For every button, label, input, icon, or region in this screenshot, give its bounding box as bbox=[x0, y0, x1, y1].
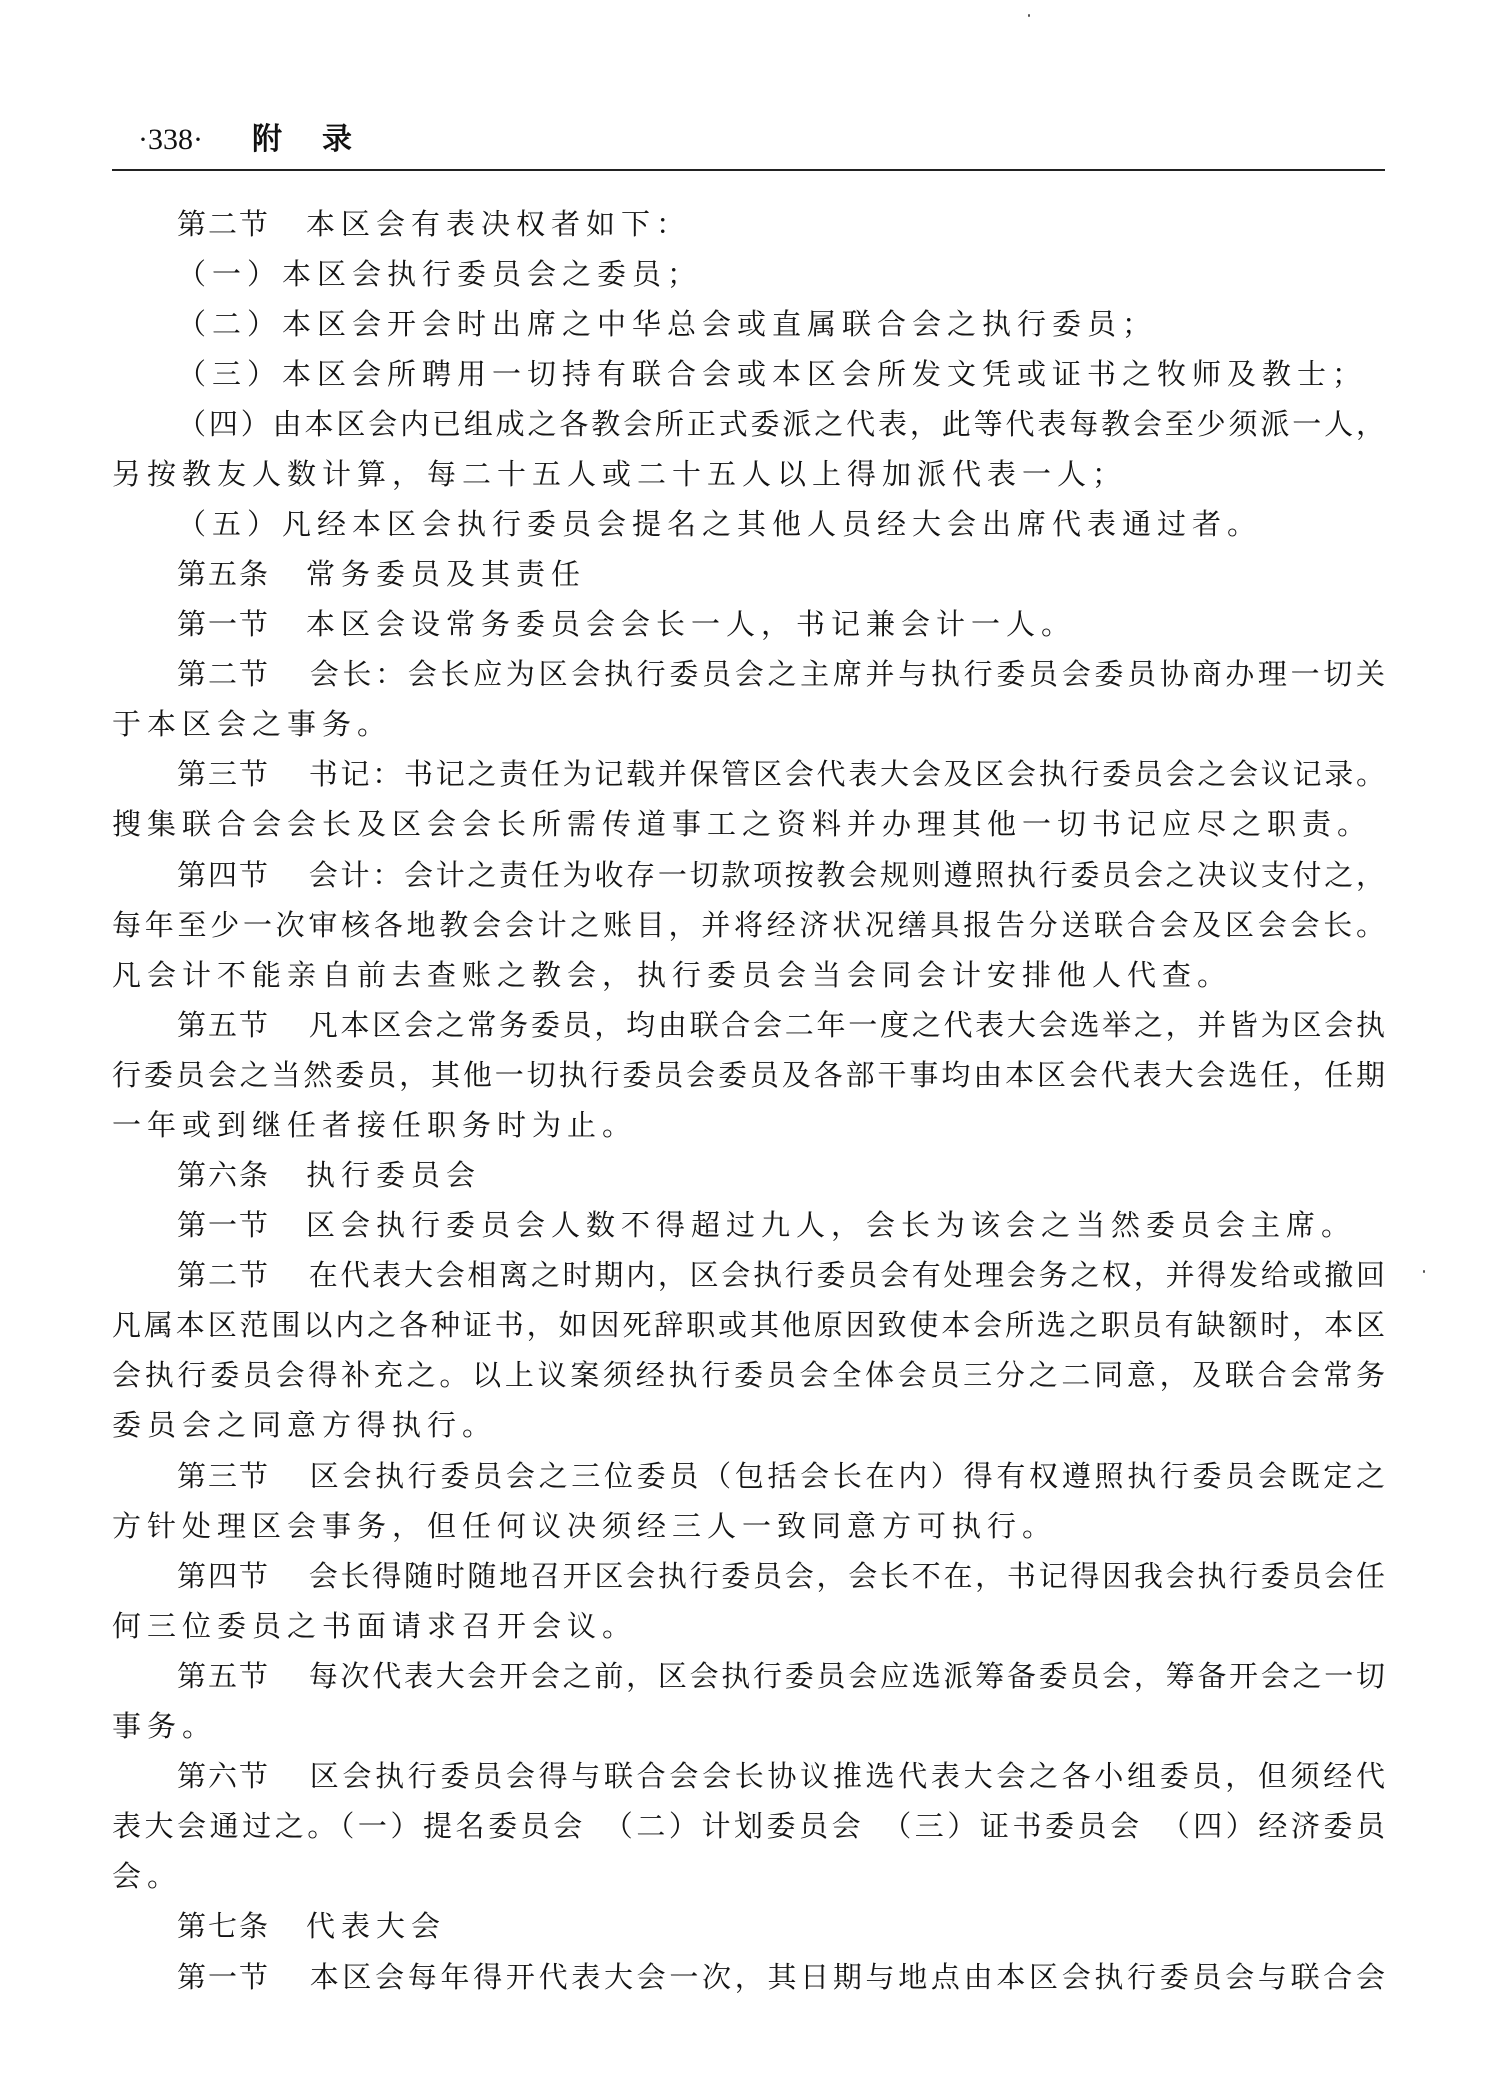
paragraph-line: 行委员会之当然委员，其他一切执行委员会委员及各部干事均由本区会代表大会选任，任期 bbox=[112, 1055, 1385, 1095]
line-text: 一年或到继任者接任职务时为止。 bbox=[112, 1108, 637, 1142]
paragraph-line: 方针处理区会事务，但任何议决须经三人一致同意方可执行。 bbox=[112, 1506, 1385, 1546]
line-text: （五）凡经本区会执行委员会提名之其他人员经大会出席代表通过者。 bbox=[177, 507, 1262, 541]
paragraph-line: 表大会通过之。（一）提名委员会 （二）计划委员会 （三）证书委员会 （四）经济委… bbox=[112, 1806, 1385, 1846]
article-heading: 第五条常务委员及其责任 bbox=[177, 554, 1385, 594]
line-text: 本区会有表决权者如下： bbox=[306, 207, 691, 241]
line-text: 区会执行委员会之三位委员（包括会长在内）得有权遵照执行委员会既定之 bbox=[306, 1459, 1385, 1493]
paragraph-line: 第一节区会执行委员会人数不得超过九人，会长为该会之当然委员会主席。 bbox=[177, 1205, 1385, 1245]
running-header: ·338· 附录 bbox=[112, 118, 1385, 162]
line-text: 每次代表大会开会之前，区会执行委员会应选派筹备委员会，筹备开会之一切 bbox=[306, 1659, 1385, 1693]
article-heading: 第六条执行委员会 bbox=[177, 1155, 1385, 1195]
section-label: 第一节 bbox=[177, 1957, 270, 1997]
article-title: 执行委员会 bbox=[306, 1158, 481, 1192]
article-title: 代表大会 bbox=[306, 1909, 446, 1943]
paragraph-line: 事务。 bbox=[112, 1706, 1385, 1746]
line-text: 行委员会之当然委员，其他一切执行委员会委员及各部干事均由本区会代表大会选任，任期 bbox=[112, 1058, 1385, 1092]
paragraph-line: 第二节会长：会长应为区会执行委员会之主席并与执行委员会委员协商办理一切关 bbox=[177, 654, 1385, 694]
line-text: 本区会每年得开代表大会一次，其日期与地点由本区会执行委员会与联合会 bbox=[306, 1960, 1385, 1994]
line-text: （二）本区会开会时出席之中华总会或直属联合会之执行委员； bbox=[177, 307, 1157, 341]
line-text: 每年至少一次审核各地教会会计之账目，并将经济状况缮具报告分送联合会及区会会长。 bbox=[112, 908, 1385, 942]
line-text: 搜集联合会会长及区会会长所需传道事工之资料并办理其他一切书记应尽之职责。 bbox=[112, 807, 1372, 841]
section-title: 附录 bbox=[252, 118, 392, 162]
line-text: 会执行委员会得补充之。以上议案须经执行委员会全体会员三分之二同意，及联合会常务 bbox=[112, 1358, 1385, 1392]
page-number: ·338· bbox=[138, 118, 203, 162]
section-label: 第三节 bbox=[177, 1456, 270, 1496]
line-text: 会长得随时随地召开区会执行委员会，会长不在，书记得因我会执行委员会任 bbox=[306, 1559, 1385, 1593]
line-text: 事务。 bbox=[112, 1709, 217, 1743]
line-text: 方针处理区会事务，但任何议决须经三人一致同意方可执行。 bbox=[112, 1509, 1057, 1543]
article-label: 第七条 bbox=[177, 1906, 270, 1946]
paragraph-line: 第二节在代表大会相离之时期内，区会执行委员会有处理会务之权，并得发给或撤回 bbox=[177, 1255, 1385, 1295]
line-text: 区会执行委员会得与联合会会长协议推选代表大会之各小组委员，但须经代 bbox=[306, 1759, 1385, 1793]
paragraph-line: （五）凡经本区会执行委员会提名之其他人员经大会出席代表通过者。 bbox=[177, 504, 1385, 544]
line-text: 凡本区会之常务委员，均由联合会二年一度之代表大会选举之，并皆为区会执 bbox=[306, 1008, 1385, 1042]
paragraph-line: （二）本区会开会时出席之中华总会或直属联合会之执行委员； bbox=[177, 304, 1385, 344]
line-text: 书记：书记之责任为记载并保管区会代表大会及区会执行委员会之会议记录。 bbox=[306, 757, 1385, 791]
paragraph-line: 第五节凡本区会之常务委员，均由联合会二年一度之代表大会选举之，并皆为区会执 bbox=[177, 1005, 1385, 1045]
paragraph-line: 第一节本区会设常务委员会会长一人，书记兼会计一人。 bbox=[177, 604, 1385, 644]
scan-speck bbox=[1028, 14, 1030, 17]
section-label: 第六节 bbox=[177, 1756, 270, 1796]
section-label: 第二节 bbox=[177, 654, 270, 694]
paragraph-line: （四）由本区会内已组成之各教会所正式委派之代表，此等代表每教会至少须派一人， bbox=[177, 404, 1385, 444]
paragraph-line: 一年或到继任者接任职务时为止。 bbox=[112, 1105, 1385, 1145]
paragraph-line: 第四节会计：会计之责任为收存一切款项按教会规则遵照执行委员会之决议支付之， bbox=[177, 855, 1385, 895]
paragraph-line: 于本区会之事务。 bbox=[112, 704, 1385, 744]
line-text: 何三位委员之书面请求召开会议。 bbox=[112, 1609, 637, 1643]
line-text: 于本区会之事务。 bbox=[112, 707, 392, 741]
paragraph-line: 搜集联合会会长及区会会长所需传道事工之资料并办理其他一切书记应尽之职责。 bbox=[112, 804, 1385, 844]
section-label: 第一节 bbox=[177, 604, 270, 644]
article-label: 第五条 bbox=[177, 554, 270, 594]
section-label: 第四节 bbox=[177, 855, 270, 895]
section-label: 第二节 bbox=[177, 1255, 270, 1295]
line-text: 会。 bbox=[112, 1859, 182, 1893]
paragraph-line: 第二节本区会有表决权者如下： bbox=[177, 204, 1385, 244]
paragraph-line: 第一节本区会每年得开代表大会一次，其日期与地点由本区会执行委员会与联合会 bbox=[177, 1957, 1385, 1997]
line-text: 表大会通过之。（一）提名委员会 （二）计划委员会 （三）证书委员会 （四）经济委… bbox=[112, 1809, 1385, 1843]
line-text: 凡属本区范围以内之各种证书，如因死辞职或其他原因致使本会所选之职员有缺额时，本区 bbox=[112, 1308, 1385, 1342]
line-text: 区会执行委员会人数不得超过九人，会长为该会之当然委员会主席。 bbox=[306, 1208, 1356, 1242]
paragraph-line: 第三节书记：书记之责任为记载并保管区会代表大会及区会执行委员会之会议记录。 bbox=[177, 754, 1385, 794]
section-label: 第一节 bbox=[177, 1205, 270, 1245]
line-text: 委员会之同意方得执行。 bbox=[112, 1408, 497, 1442]
line-text: 会长：会长应为区会执行委员会之主席并与执行委员会委员协商办理一切关 bbox=[306, 657, 1385, 691]
paragraph-line: （一）本区会执行委员会之委员； bbox=[177, 254, 1385, 294]
line-text: 在代表大会相离之时期内，区会执行委员会有处理会务之权，并得发给或撤回 bbox=[306, 1258, 1385, 1292]
paragraph-line: 另按教友人数计算，每二十五人或二十五人以上得加派代表一人； bbox=[112, 454, 1385, 494]
paragraph-line: 每年至少一次审核各地教会会计之账目，并将经济状况缮具报告分送联合会及区会会长。 bbox=[112, 905, 1385, 945]
paragraph-line: 第五节每次代表大会开会之前，区会执行委员会应选派筹备委员会，筹备开会之一切 bbox=[177, 1656, 1385, 1696]
article-heading: 第七条代表大会 bbox=[177, 1906, 1385, 1946]
paragraph-line: 何三位委员之书面请求召开会议。 bbox=[112, 1606, 1385, 1646]
line-text: 另按教友人数计算，每二十五人或二十五人以上得加派代表一人； bbox=[112, 457, 1127, 491]
paragraph-line: 委员会之同意方得执行。 bbox=[112, 1405, 1385, 1445]
paragraph-line: （三）本区会所聘用一切持有联合会或本区会所发文凭或证书之牧师及教士； bbox=[177, 354, 1385, 394]
line-text: （一）本区会执行委员会之委员； bbox=[177, 257, 702, 291]
line-text: （三）本区会所聘用一切持有联合会或本区会所发文凭或证书之牧师及教士； bbox=[177, 357, 1367, 391]
header-divider bbox=[112, 169, 1385, 171]
paragraph-line: 会执行委员会得补充之。以上议案须经执行委员会全体会员三分之二同意，及联合会常务 bbox=[112, 1355, 1385, 1395]
article-title: 常务委员及其责任 bbox=[306, 557, 586, 591]
section-label: 第三节 bbox=[177, 754, 270, 794]
paragraph-line: 第六节区会执行委员会得与联合会会长协议推选代表大会之各小组委员，但须经代 bbox=[177, 1756, 1385, 1796]
paragraph-line: 凡属本区范围以内之各种证书，如因死辞职或其他原因致使本会所选之职员有缺额时，本区 bbox=[112, 1305, 1385, 1345]
paragraph-line: 会。 bbox=[112, 1856, 1385, 1896]
paragraph-line: 凡会计不能亲自前去查账之教会，执行委员会当会同会计安排他人代查。 bbox=[112, 955, 1385, 995]
article-label: 第六条 bbox=[177, 1155, 270, 1195]
section-label: 第五节 bbox=[177, 1656, 270, 1696]
section-label: 第二节 bbox=[177, 204, 270, 244]
paragraph-line: 第四节会长得随时随地召开区会执行委员会，会长不在，书记得因我会执行委员会任 bbox=[177, 1556, 1385, 1596]
scan-speck bbox=[1423, 1270, 1425, 1273]
section-label: 第四节 bbox=[177, 1556, 270, 1596]
paragraph-line: 第三节区会执行委员会之三位委员（包括会长在内）得有权遵照执行委员会既定之 bbox=[177, 1456, 1385, 1496]
line-text: 会计：会计之责任为收存一切款项按教会规则遵照执行委员会之决议支付之， bbox=[306, 858, 1385, 892]
section-label: 第五节 bbox=[177, 1005, 270, 1045]
line-text: （四）由本区会内已组成之各教会所正式委派之代表，此等代表每教会至少须派一人， bbox=[177, 407, 1385, 441]
line-text: 凡会计不能亲自前去查账之教会，执行委员会当会同会计安排他人代查。 bbox=[112, 958, 1232, 992]
line-text: 本区会设常务委员会会长一人，书记兼会计一人。 bbox=[306, 607, 1076, 641]
